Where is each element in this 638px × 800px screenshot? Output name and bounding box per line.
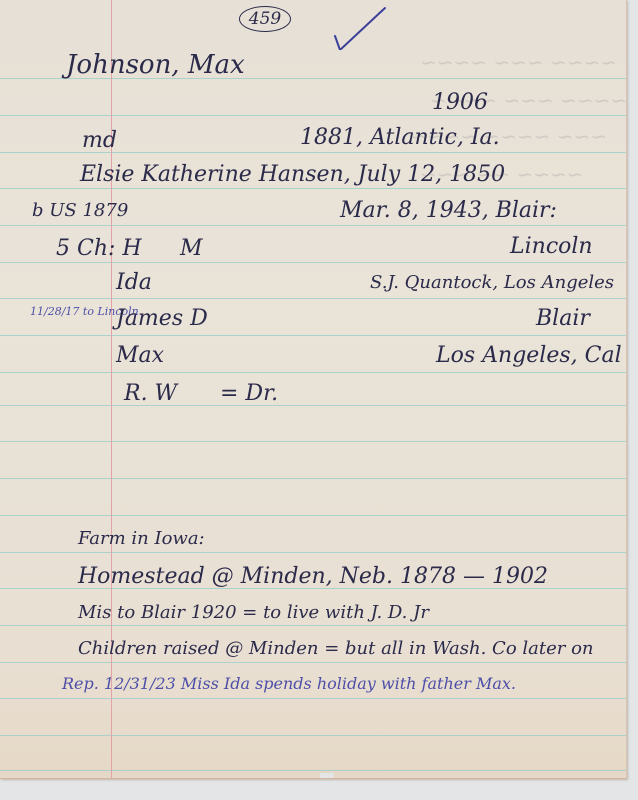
rule-line (0, 515, 626, 516)
note-line: Mis to Blair 1920 = to live with J. D. J… (78, 604, 429, 622)
rule-line (0, 698, 626, 699)
child-location: Lincoln (510, 236, 593, 258)
rule-line (0, 735, 626, 736)
spouse-death: Mar. 8, 1943, Blair: (340, 200, 557, 222)
rule-line (0, 298, 626, 299)
children-col-m: M (180, 238, 203, 260)
spouse-info: Elsie Katherine Hansen, July 12, 1850 (80, 164, 505, 186)
immigration-note: b US 1879 (32, 202, 128, 220)
page-number: 459 (239, 6, 291, 32)
notebook-page: ~~ ~~~~ ~~~ ~~~~ ~~~~ ~~~ ~~~~ ~~~ ~~~~ … (0, 0, 627, 779)
note-line: Homestead @ Minden, Neb. 1878 — 1902 (78, 566, 548, 588)
child-location: Blair (536, 308, 590, 330)
child-location: Los Angeles, Cal (436, 345, 622, 367)
rule-line (0, 552, 626, 553)
bleed-through-text: ~~ ~~~~ ~~~ ~~~~ (420, 50, 627, 74)
child-name: James D (116, 308, 208, 330)
child-location: S.J. Quantock, Los Angeles (370, 274, 614, 292)
note-line: Farm in Iowa: (78, 530, 205, 548)
rule-line (0, 770, 626, 771)
rule-line (0, 335, 626, 336)
checkmark-icon (330, 6, 390, 50)
rule-line (0, 115, 626, 116)
subject-name: Johnson, Max (66, 52, 245, 78)
child-name: Max (116, 345, 164, 367)
child-name: Ida (116, 272, 152, 294)
note-line: Children raised @ Minden = but all in Wa… (78, 640, 594, 658)
rule-line (0, 441, 626, 442)
rule-line (0, 405, 626, 406)
rule-line (0, 188, 626, 189)
paper-tear (320, 773, 334, 779)
rule-line (0, 372, 626, 373)
marriage-info: 1881, Atlantic, Ia. (300, 127, 500, 149)
rule-line (0, 262, 626, 263)
married-label: md (82, 130, 117, 152)
death-year: 1906 (432, 92, 488, 114)
child-name: R. W (124, 383, 177, 405)
rule-line (0, 478, 626, 479)
children-label: 5 Ch: H (56, 238, 142, 260)
margin-line (111, 0, 112, 778)
rule-line (0, 225, 626, 226)
rule-line (0, 662, 626, 663)
child-location: = Dr. (220, 383, 278, 405)
footnote: Rep. 12/31/23 Miss Ida spends holiday wi… (62, 676, 516, 692)
rule-line (0, 625, 626, 626)
